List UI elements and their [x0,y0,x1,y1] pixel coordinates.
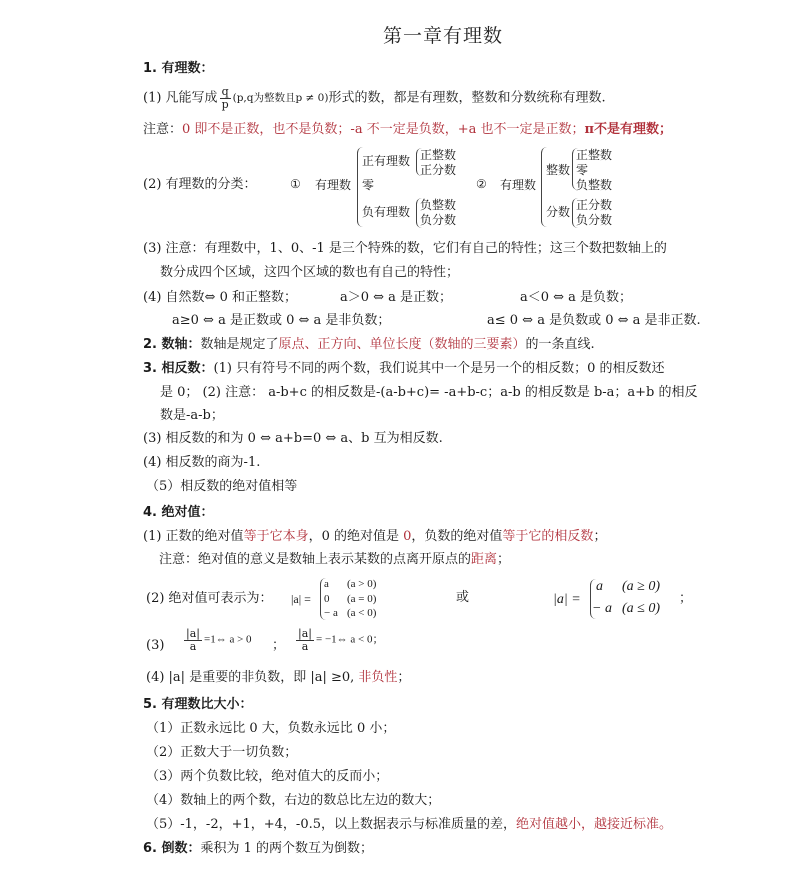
s4-item3-label: (3) [146,639,164,652]
piece2-cond: (a ≤ 0) [622,602,660,616]
s4-text: ，0 的绝对值是 [309,529,404,544]
class2-int: 整数 [546,164,570,176]
s2-text: 数轴是规定了 [201,337,279,352]
abs-frac-1: |a|a=1⇔ a > 0 [182,628,252,652]
s1-item3-line2: 数分成四个区域，这四个区域的数也有自己的特性； [160,266,459,279]
s4-note-text: 注意：绝对值的意义是数轴上表示某数的点离开原点的 [159,552,471,567]
note-part: -a 不一定是负数， [350,122,457,137]
class2-root: 有理数 [500,179,536,191]
s4-text-red: 等于它的相反数 [502,529,593,544]
s4-item3-b: = −1⇔ a < 0； [316,634,384,646]
class1-pos-child: 正分数 [420,164,456,176]
s5-item5: （5）-1，-2，+1，+4，-0.5，以上数据表示与标准质量的差，绝对值越小，… [146,818,672,831]
section-2: 2. 数轴：数轴是规定了原点、正方向、单位长度（数轴的三要素）的一条直线. [143,338,595,351]
class1-pos-child: 正整数 [420,149,456,161]
s4-note-red: 距离 [471,552,497,567]
section-3-line1: 3. 相反数：(1) 只有符号不同的两个数，我们说其中一个是另一个的相反数；0 … [143,362,664,375]
class2-int-child: 零 [576,164,588,176]
s1-item1-cond: (p,q为整数且p ≠ 0) [233,92,329,104]
s4-item3-sep: ； [272,639,285,652]
s5-item: （3）两个负数比较，绝对值大的反而小； [146,770,388,783]
s5-item: （4）数轴上的两个数，右边的数总比左边的数大； [146,794,440,807]
piece2-end: ； [679,592,692,605]
class1-zero: 零 [362,179,374,191]
s1-item1-suffix: 形式的数，都是有理数，整数和分数统称有理数. [328,91,605,106]
class1-neg-child: 负整数 [420,199,456,211]
abs-lhs-2: |a| = [553,593,581,607]
s5-item5-text: （5）-1，-2，+1，+4，-0.5，以上数据表示与标准质量的差， [146,817,516,832]
s4-text: ； [593,529,606,544]
s5-item: （1）正数永远比 0 大，负数永远比 0 小； [146,722,395,735]
section-1-heading: 1. 有理数： [143,62,214,75]
note-part: +a 也不一定是正数； [458,122,585,137]
piece1-cond: (a > 0) [347,579,376,590]
s4-item1: (1) 正数的绝对值等于它本身，0 的绝对值是 0，负数的绝对值等于它的相反数； [143,530,606,543]
s1-item3-line1: (3) 注意：有理数中，1、0、-1 是三个特殊的数，它们有自己的特性；这三个数… [143,242,667,255]
section-5-heading: 5. 有理数比大小： [143,698,253,711]
s1-item4-e: a≤ 0 ⇔ a 是负数或 0 ⇔ a 是非正数. [487,314,701,327]
frac-num: |a| [184,628,202,641]
s4-item4-text: (4) |a| 是重要的非负数，即 |a| ≥0, [146,670,354,685]
piece2-val: a [596,580,603,594]
piece1-val: a [324,579,329,590]
class1-pos: 正有理数 [362,155,410,167]
s1-note: 注意：0 即不是正数，也不是负数；-a 不一定是负数，+a 也不一定是正数；π不… [143,123,672,136]
piece2-val: − a [592,602,612,616]
class2-frac: 分数 [546,206,570,218]
class1-neg: 负有理数 [362,206,410,218]
s1-item4-b: a＞0 ⇔ a 是正数； [340,291,452,304]
s5-item: （2）正数大于一切负数； [146,746,297,759]
marker-1: ① [290,178,301,190]
s3-item3: (3) 相反数的和为 0 ⇔ a+b=0 ⇔ a、b 互为相反数. [143,432,443,445]
section-6-heading: 6. 倒数： [143,841,201,856]
s1-item4-c: a＜0 ⇔ a 是负数； [520,291,632,304]
s2-text-red: 原点、正方向、单位长度（数轴的三要素） [279,337,526,352]
abs-frac-2: |a|a= −1⇔ a < 0； [294,628,383,652]
s4-text: ，负数的绝对值 [411,529,502,544]
class2-frac-child: 负分数 [576,214,612,226]
frac-den: p [222,99,229,111]
frac-num: q [220,86,231,99]
s3-item4: (4) 相反数的商为-1. [143,456,260,469]
section-4-heading: 4. 绝对值： [143,506,214,519]
class1-neg-child: 负分数 [420,214,456,226]
frac-den: a [302,641,309,653]
note-part: π不是有理数； [584,122,672,137]
class1-root: 有理数 [315,179,351,191]
piece1-val: 0 [324,594,330,605]
frac-den: a [190,641,197,653]
page-title: 第一章有理数 [383,27,503,46]
section-6: 6. 倒数：乘积为 1 的两个数互为倒数； [143,842,373,855]
marker-2: ② [476,178,487,190]
class2-int-child: 正整数 [576,149,612,161]
s4-note-text: ； [497,552,510,567]
s4-item4-red: 非负性 [354,670,397,685]
s6-text: 乘积为 1 的两个数互为倒数； [201,841,374,856]
section-3-heading: 3. 相反数： [143,361,214,376]
s1-item4-a: (4) 自然数⇔ 0 和正整数； [143,291,297,304]
note-label: 注意： [143,122,182,137]
abs-lhs-1: |a| = [291,593,311,605]
piece2-cond: (a ≥ 0) [622,580,660,594]
s1-item2-label: (2) 有理数的分类： [143,178,257,191]
s3-line1: (1) 只有符号不同的两个数，我们说其中一个是另一个的相反数；0 的相反数还 [214,361,665,376]
s1-item1: (1) 凡能写成qp(p,q为整数且p ≠ 0)形式的数，都是有理数，整数和分数… [143,86,606,110]
class2-int-child: 负整数 [576,179,612,191]
s3-item5: （5）相反数的绝对值相等 [146,480,297,493]
s1-item1-prefix: (1) 凡能写成 [143,91,218,106]
s4-text-red: 等于它本身 [244,529,309,544]
s3-line3: 数是-a-b； [160,409,224,422]
s4-item3-a: =1⇔ a > 0 [204,634,252,646]
s3-line2: 是 0； (2) 注意： a-b+c 的相反数是-(a-b+c)= -a+b-c… [160,386,698,399]
s5-item5-red: 绝对值越小，越接近标准。 [516,817,672,832]
or-text: 或 [456,591,469,604]
s4-note: 注意：绝对值的意义是数轴上表示某数的点离开原点的距离； [159,553,510,566]
s4-text: (1) 正数的绝对值 [143,529,244,544]
q-over-p-fraction: qp [220,86,231,110]
piece1-cond: (a < 0) [347,608,376,619]
frac-num: |a| [296,628,314,641]
class2-frac-child: 正分数 [576,199,612,211]
s4-item4-text: ； [397,670,410,685]
s1-item4-d: a≥0 ⇔ a 是正数或 0 ⇔ a 是非负数； [172,314,390,327]
piece1-val: − a [324,608,338,619]
abs-over-a-fraction: |a|a [184,628,202,652]
section-2-heading: 2. 数轴： [143,337,201,352]
s2-text: 的一条直线. [526,337,595,352]
piece1-cond: (a = 0) [347,594,376,605]
note-part: 0 即不是正数，也不是负数； [182,122,350,137]
s4-item4: (4) |a| 是重要的非负数，即 |a| ≥0, 非负性； [146,671,410,684]
s4-item2-label: (2) 绝对值可表示为： [146,592,273,605]
abs-over-a-fraction: |a|a [296,628,314,652]
